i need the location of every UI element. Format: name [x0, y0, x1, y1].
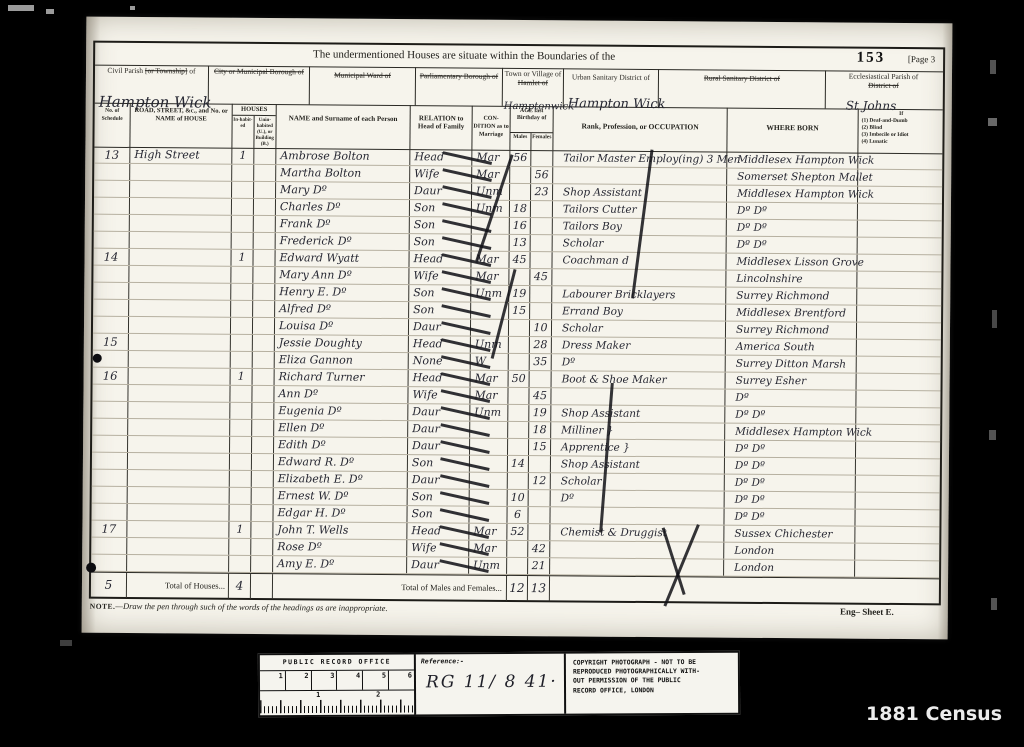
district-cell-rural-sanitary: Rural Sanitary District of — [659, 69, 826, 108]
col-relation: RELATION to Head of Family — [410, 105, 472, 149]
houses-inhabited — [229, 556, 251, 572]
caption-1881-census: 1881 Census — [866, 703, 1002, 725]
age-female: 28 — [530, 337, 552, 353]
photo-noise — [46, 9, 54, 14]
occupation — [550, 507, 724, 524]
pro-stamp: PUBLIC RECORD OFFICE 1 2 3 4 5 6 1 2 Ref… — [258, 651, 740, 718]
where-born: Dº Dº — [725, 458, 856, 475]
road-name — [130, 198, 232, 215]
occupation — [551, 388, 725, 405]
road-name — [127, 538, 229, 555]
where-born: Somerset Shepton Mallet — [727, 169, 858, 186]
total-females: 13 — [528, 576, 550, 601]
occupation: Dº — [551, 490, 725, 507]
houses-inhabited — [230, 386, 252, 402]
where-born: America South — [726, 339, 857, 356]
occupation: Dº — [552, 354, 726, 371]
houses-inhabited — [231, 267, 253, 283]
schedule-number — [91, 504, 127, 520]
houses-inhabited: 1 — [232, 148, 254, 164]
houses-inhabited — [232, 182, 254, 198]
age-male: 56 — [510, 150, 531, 166]
condition: Unm — [472, 184, 510, 200]
age-male — [508, 388, 529, 404]
ruler-inches: 1 2 3 4 5 6 — [260, 670, 414, 691]
occupation: Coachman d — [552, 252, 726, 269]
col-condition: CON-DITION as to Marriage — [472, 106, 510, 150]
houses-uninhabited — [251, 556, 273, 572]
pro-office-label: PUBLIC RECORD OFFICE — [260, 654, 414, 671]
road-name — [129, 334, 231, 351]
disability — [858, 204, 940, 221]
houses-inhabited — [230, 471, 252, 487]
where-born: London — [724, 560, 855, 577]
houses-inhabited — [231, 335, 253, 351]
total-houses-label: Total of Houses... — [127, 573, 229, 599]
occupation — [550, 558, 724, 575]
condition: Unm — [470, 405, 508, 421]
houses-uninhabited — [254, 165, 276, 181]
age-male — [508, 422, 529, 438]
age-male — [508, 439, 529, 455]
disability — [857, 255, 939, 272]
age-female — [530, 252, 552, 268]
stamp-copyright: COPYRIGHT PHOTOGRAPH - NOT TO BE REPRODU… — [566, 653, 738, 714]
age-male: 16 — [510, 218, 531, 234]
houses-inhabited — [231, 284, 253, 300]
folio-number: 153 — [857, 50, 886, 67]
schedule-number: 13 — [94, 147, 130, 163]
houses-inhabited — [232, 233, 254, 249]
road-name — [127, 504, 229, 521]
occupation: Boot & Shoe Maker — [552, 371, 726, 388]
age-male — [510, 167, 531, 183]
totals-row: 5 Total of Houses... 4 Total of Males an… — [91, 572, 939, 605]
occupation: Shop Assistant — [553, 184, 727, 201]
disability — [855, 510, 937, 527]
col-uninhabited: Unin-habited (U.), or Building (B.) — [254, 116, 276, 148]
age-female — [529, 490, 551, 506]
age-female: 18 — [529, 422, 551, 438]
age-male: 50 — [509, 371, 530, 387]
age-female — [531, 150, 553, 166]
photo-noise — [130, 6, 135, 10]
condition — [472, 235, 510, 251]
person-name: Edward Wyatt — [275, 250, 409, 267]
photo-noise — [8, 5, 34, 11]
age-male — [507, 541, 528, 557]
houses-inhabited: 1 — [231, 250, 253, 266]
civil-parish-value: Hampton Wick — [99, 93, 212, 112]
person-name: Frederick Dº — [276, 233, 410, 250]
person-name: Richard Turner — [275, 369, 409, 386]
occupation: Milliner } — [551, 422, 725, 439]
age-female — [528, 507, 550, 523]
photo-noise — [991, 598, 997, 610]
schedule-number — [94, 198, 130, 214]
total-schedules: 5 — [91, 573, 127, 598]
urban-sanitary-value: Hampton Wick — [568, 96, 666, 112]
census-scan-photo: The undermentioned Houses are situate wi… — [0, 0, 1024, 747]
where-born: Dº Dº — [724, 509, 855, 526]
disability — [858, 221, 940, 238]
houses-uninhabited — [254, 233, 276, 249]
disability — [856, 391, 938, 408]
age-female: 56 — [531, 167, 553, 183]
occupation: Tailor Master Employ(ing) 3 Men — [553, 150, 727, 167]
col-males: Males — [510, 133, 531, 151]
road-name: High Street — [130, 147, 232, 164]
where-born: Dº Dº — [725, 441, 856, 458]
schedule-number — [93, 283, 129, 299]
houses-uninhabited — [251, 539, 273, 555]
ink-blot — [86, 563, 96, 573]
total-uninhabited — [251, 574, 273, 599]
road-name — [129, 351, 231, 368]
ecclesiastical-value: St Johns — [846, 99, 897, 113]
where-born: Surrey Richmond — [726, 322, 857, 339]
road-name — [127, 521, 229, 538]
person-name: Eliza Gannon — [275, 352, 409, 369]
census-rows: 13 High Street 1 Ambrose Bolton Head Mar… — [91, 147, 942, 579]
disability — [856, 408, 938, 425]
where-born: Dº — [725, 390, 856, 407]
condition — [470, 439, 508, 455]
road-name — [128, 436, 230, 453]
houses-uninhabited — [254, 148, 276, 164]
urban-sanitary-label: Urban Sanitary District of — [564, 68, 658, 82]
district-cell-town-village: Town or Village of Hamlet of Hamptonwick — [503, 68, 564, 106]
photo-noise — [992, 310, 997, 328]
disability — [857, 272, 939, 289]
occupation: Scholar — [552, 320, 726, 337]
houses-uninhabited — [252, 488, 274, 504]
houses-uninhabited — [251, 505, 273, 521]
age-male: 10 — [508, 490, 529, 506]
road-name — [129, 368, 231, 385]
district-cell-civil-parish: Civil Parish [or Township] of Hampton Wi… — [95, 65, 209, 104]
where-born: Surrey Richmond — [726, 288, 857, 305]
age-female: 21 — [528, 558, 550, 574]
condition: Mar — [470, 388, 508, 404]
age-male — [507, 558, 528, 574]
where-born: Dº Dº — [727, 237, 858, 254]
road-name — [129, 266, 231, 283]
census-form: The undermentioned Houses are situate wi… — [89, 41, 945, 606]
disability — [858, 238, 940, 255]
where-born: London — [724, 543, 855, 560]
road-name — [128, 385, 230, 402]
civil-parish-label: Civil Parish [or Township] of — [95, 65, 208, 76]
schedule-number — [93, 317, 129, 333]
condition: Mar — [471, 269, 509, 285]
person-name: Eugenia Dº — [274, 403, 408, 420]
houses-uninhabited — [253, 318, 275, 334]
age-female: 10 — [530, 320, 552, 336]
district-cell-municipal-ward: Municipal Ward of — [310, 66, 416, 105]
totals-blank — [550, 576, 937, 604]
age-male — [508, 473, 529, 489]
houses-inhabited — [232, 216, 254, 232]
where-born: Dº Dº — [727, 203, 858, 220]
col-occupation: Rank, Profession, or OCCUPATION — [553, 106, 727, 151]
condition: Mar — [471, 371, 509, 387]
age-male — [509, 337, 530, 353]
rural-sanitary-label: Rural Sanitary District of — [659, 69, 825, 84]
age-male: 13 — [510, 235, 531, 251]
condition — [469, 507, 507, 523]
person-name: Edith Dº — [274, 437, 408, 454]
person-name: Rose Dº — [273, 539, 407, 556]
disability — [857, 374, 939, 391]
disability — [857, 357, 939, 374]
age-male: 15 — [509, 303, 530, 319]
occupation: Errand Boy — [552, 303, 726, 320]
road-name — [128, 402, 230, 419]
city-borough-label: City or Municipal Borough of — [209, 66, 309, 77]
schedule-number — [94, 181, 130, 197]
houses-inhabited — [230, 437, 252, 453]
schedule-number: 16 — [93, 368, 129, 384]
road-name — [130, 232, 232, 249]
age-female: 42 — [528, 541, 550, 557]
houses-inhabited — [230, 403, 252, 419]
occupation: Scholar — [551, 473, 725, 490]
person-name: John T. Wells — [273, 522, 407, 539]
municipal-ward-label: Municipal Ward of — [310, 66, 415, 80]
schedule-number: 17 — [91, 521, 127, 537]
condition: Unm — [471, 286, 509, 302]
age-female — [531, 235, 553, 251]
person-name: Jessie Doughty — [275, 335, 409, 352]
disability — [856, 459, 938, 476]
occupation — [550, 541, 724, 558]
condition — [470, 473, 508, 489]
houses-inhabited — [231, 318, 253, 334]
age-male — [509, 320, 530, 336]
where-born: Lincolnshire — [726, 271, 857, 288]
houses-uninhabited — [253, 335, 275, 351]
road-name — [130, 181, 232, 198]
form-title: The undermentioned Houses are situate wi… — [95, 47, 833, 65]
where-born: Middlesex Brentford — [726, 305, 857, 322]
road-name — [129, 283, 231, 300]
person-name: Louisa Dº — [275, 318, 409, 335]
age-female: 45 — [529, 388, 551, 404]
age-male: 18 — [510, 201, 531, 217]
where-born: Middlesex Hampton Wick — [725, 424, 856, 441]
schedule-number — [91, 538, 127, 554]
houses-uninhabited — [254, 216, 276, 232]
person-name: Amy E. Dº — [273, 556, 407, 573]
person-name: Martha Bolton — [276, 165, 410, 182]
age-male — [510, 184, 531, 200]
person-name: Ellen Dº — [274, 420, 408, 437]
houses-uninhabited — [253, 284, 275, 300]
disability — [857, 289, 939, 306]
houses-uninhabited — [253, 267, 275, 283]
schedule-number — [94, 215, 130, 231]
photo-noise — [988, 118, 997, 126]
where-born: Surrey Esher — [726, 373, 857, 390]
occupation: Tailors Cutter — [553, 201, 727, 218]
houses-uninhabited — [252, 420, 274, 436]
age-female — [530, 371, 552, 387]
age-male — [508, 405, 529, 421]
reference-value: RG 11/ 8 41· — [426, 672, 558, 693]
houses-uninhabited — [254, 182, 276, 198]
road-name — [129, 249, 231, 266]
age-female — [531, 201, 553, 217]
houses-inhabited — [230, 420, 252, 436]
age-male: 14 — [508, 456, 529, 472]
houses-uninhabited — [252, 454, 274, 470]
age-female — [529, 456, 551, 472]
schedule-number: 14 — [93, 249, 129, 265]
schedule-number — [92, 385, 128, 401]
age-male — [509, 354, 530, 370]
where-born: Dº Dº — [725, 492, 856, 509]
schedule-number — [92, 487, 128, 503]
district-cell-urban-sanitary: Urban Sanitary District of Hampton Wick — [564, 68, 659, 107]
houses-uninhabited — [252, 403, 274, 419]
total-houses-value: 4 — [229, 574, 251, 599]
occupation: Apprentice } — [551, 439, 725, 456]
houses-uninhabited — [253, 301, 275, 317]
houses-inhabited — [231, 301, 253, 317]
where-born: Sussex Chichester — [724, 526, 855, 543]
age-female — [528, 524, 550, 540]
reference-label: Reference:- — [421, 657, 464, 665]
district-cell-city-borough: City or Municipal Borough of — [209, 66, 310, 105]
col-females: Females — [531, 133, 553, 151]
condition: Unm — [471, 337, 509, 353]
houses-uninhabited — [252, 437, 274, 453]
person-name: Ambrose Bolton — [276, 148, 410, 165]
col-born: WHERE BORN — [727, 108, 858, 153]
where-born: Dº Dº — [725, 475, 856, 492]
road-name — [129, 317, 231, 334]
disability — [857, 340, 939, 357]
person-name: Frank Dº — [276, 216, 410, 233]
where-born: Middlesex Lisson Grove — [726, 254, 857, 271]
condition: Mar — [469, 524, 507, 540]
road-name — [130, 215, 232, 232]
town-village-label: Town or Village of Hamlet of — [503, 68, 563, 87]
houses-uninhabited — [251, 522, 273, 538]
road-name — [128, 453, 230, 470]
schedule-number — [94, 164, 130, 180]
disability — [856, 425, 938, 442]
houses-inhabited — [231, 352, 253, 368]
schedule-number — [92, 402, 128, 418]
occupation: Shop Assistant — [551, 456, 725, 473]
where-born: Dº Dº — [725, 407, 856, 424]
disability — [855, 527, 937, 544]
houses-uninhabited — [254, 199, 276, 215]
where-born: Surrey Ditton Marsh — [726, 356, 857, 373]
person-name: Elizabeth E. Dº — [274, 471, 408, 488]
col-name: NAME and Surname of each Person — [276, 104, 410, 149]
sheet-label: Eng– Sheet E. — [840, 607, 894, 617]
schedule-number — [93, 300, 129, 316]
district-cell-parliamentary: Parliamentary Borough of — [416, 67, 503, 106]
col-age-group: AGE last Birthday of Males Females — [510, 106, 553, 150]
disability — [858, 187, 940, 204]
houses-uninhabited — [253, 352, 275, 368]
age-female — [531, 218, 553, 234]
ruler-centimetres: 1 2 — [260, 690, 414, 713]
occupation: Shop Assistant — [551, 405, 725, 422]
schedule-number — [92, 419, 128, 435]
age-male: 6 — [507, 507, 528, 523]
age-female — [530, 303, 552, 319]
photo-noise — [60, 640, 72, 646]
stamp-ruler: PUBLIC RECORD OFFICE 1 2 3 4 5 6 1 2 — [260, 654, 416, 715]
total-males-females-label: Total of Males and Females... — [273, 574, 507, 601]
houses-inhabited — [229, 505, 251, 521]
stamp-reference: Reference:- RG 11/ 8 41· — [416, 654, 566, 715]
condition: W — [471, 354, 509, 370]
disability — [855, 561, 937, 578]
district-cell-ecclesiastical: Ecclesiastical Parish of District of St … — [826, 70, 941, 109]
schedule-number — [92, 453, 128, 469]
houses-inhabited — [230, 488, 252, 504]
schedule-number — [92, 470, 128, 486]
houses-inhabited — [230, 454, 252, 470]
occupation: Dress Maker — [552, 337, 726, 354]
person-name: Mary Dº — [276, 182, 410, 199]
age-male: 19 — [509, 286, 530, 302]
person-name: Edgar H. Dº — [273, 505, 407, 522]
age-female: 12 — [529, 473, 551, 489]
col-inhabited: In-habit-ed — [232, 116, 254, 148]
occupation — [553, 167, 727, 184]
age-male: 52 — [507, 524, 528, 540]
houses-uninhabited — [253, 369, 275, 385]
person-name: Henry E. Dº — [275, 284, 409, 301]
occupation: Labourer Bricklayers — [552, 286, 726, 303]
person-name: Alfred Dº — [275, 301, 409, 318]
age-female: 45 — [530, 269, 552, 285]
census-sheet: The undermentioned Houses are situate wi… — [82, 17, 953, 640]
page-label: [Page 3 — [908, 54, 935, 64]
road-name — [129, 300, 231, 317]
parliamentary-borough-label: Parliamentary Borough of — [416, 67, 502, 81]
disability — [856, 442, 938, 459]
houses-inhabited: 1 — [229, 522, 251, 538]
road-name — [128, 487, 230, 504]
disability — [857, 306, 939, 323]
houses-uninhabited — [252, 386, 274, 402]
where-born: Middlesex Hampton Wick — [727, 186, 858, 203]
condition — [470, 456, 508, 472]
person-name: Edward R. Dº — [274, 454, 408, 471]
houses-uninhabited — [253, 250, 275, 266]
age-female: 19 — [529, 405, 551, 421]
ink-blot — [93, 354, 102, 363]
ecclesiastical-label: Ecclesiastical Parish of District of — [826, 70, 941, 90]
schedule-number: 15 — [93, 334, 129, 350]
disability — [856, 476, 938, 493]
houses-inhabited: 1 — [231, 369, 253, 385]
houses-inhabited — [232, 165, 254, 181]
condition — [470, 490, 508, 506]
disability — [858, 170, 940, 187]
condition: Mar — [472, 150, 510, 166]
condition — [470, 422, 508, 438]
condition — [471, 320, 509, 336]
